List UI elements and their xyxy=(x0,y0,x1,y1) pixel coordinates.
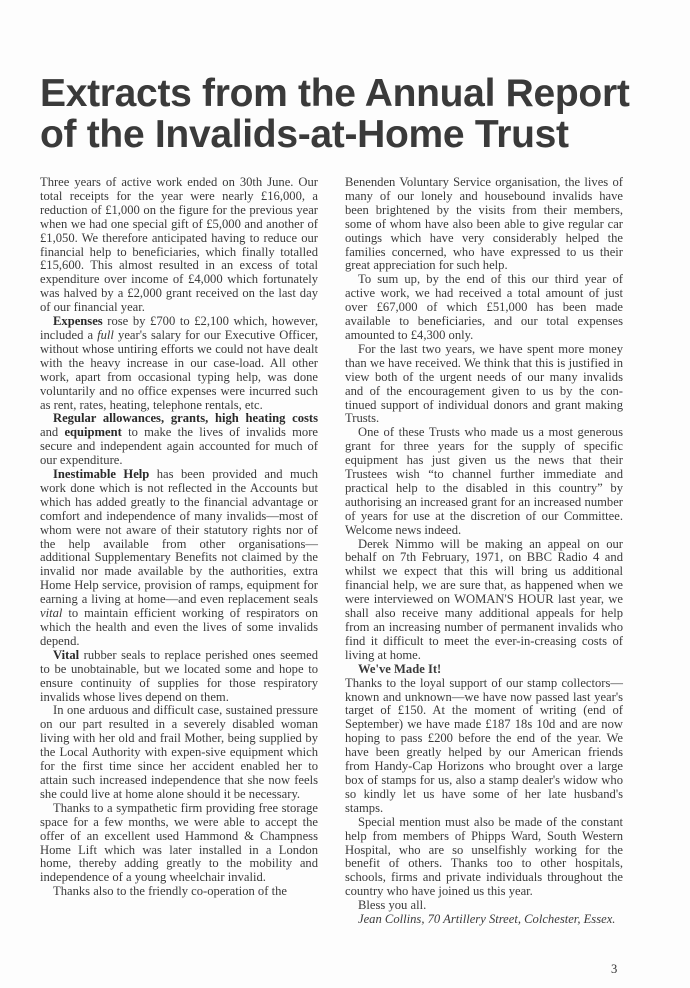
paragraph-allowances: Regular allowances, grants, high heating… xyxy=(40,412,318,468)
page-number: 3 xyxy=(611,962,617,977)
paragraph-stamps: Thanks to the loyal support of our stamp… xyxy=(345,677,623,816)
paragraph-benenden: Benenden Voluntary Service organisation,… xyxy=(345,176,623,273)
paragraph-arduous-case: In one arduous and difficult case, susta… xyxy=(40,704,318,801)
title-line-1: Extracts from the Annual Report xyxy=(40,72,630,115)
title-line-2: of the Invalids-at-Home Trust xyxy=(40,113,569,156)
run-in-heading: Vital xyxy=(53,648,79,662)
paragraph-derek-nimmo: Derek Nimmo will be making an appeal on … xyxy=(345,538,623,663)
paragraph-home-lift: Thanks to a sympathetic firm providing f… xyxy=(40,802,318,885)
paragraph-spent-more: For the last two years, we have spent mo… xyxy=(345,343,623,426)
run-in-heading: Expenses xyxy=(53,314,103,328)
paragraph-vital-seals: Vital rubber seals to replace perished o… xyxy=(40,649,318,705)
paragraph-thanks-cooperation: Thanks also to the friendly co-operation… xyxy=(40,885,318,899)
run-in-heading: Inestimable Help xyxy=(53,467,149,481)
paragraph-bless: Bless you all. xyxy=(345,899,623,913)
paragraph-special-mention: Special mention must also be made of the… xyxy=(345,816,623,899)
signature: Jean Collins, 70 Artillery Street, Colch… xyxy=(345,913,623,927)
left-column: Three years of active work ended on 30th… xyxy=(40,176,318,899)
paragraph-expenses: Expenses rose by £700 to £2,100 which, h… xyxy=(40,315,318,412)
section-heading: We've Made It! xyxy=(345,663,623,677)
paragraph-receipts: Three years of active work ended on 30th… xyxy=(40,176,318,315)
run-in-heading: Regular allowances, grants, high heating… xyxy=(53,411,318,425)
paragraph-sum-up: To sum up, by the end of this our third … xyxy=(345,273,623,343)
page-title: Extracts from the Annual Report of the I… xyxy=(40,73,660,155)
paragraph-inestimable-help: Inestimable Help has been provided and m… xyxy=(40,468,318,649)
right-column: Benenden Voluntary Service organisation,… xyxy=(345,176,623,927)
paragraph-trusts: One of these Trusts who made us a most g… xyxy=(345,426,623,537)
